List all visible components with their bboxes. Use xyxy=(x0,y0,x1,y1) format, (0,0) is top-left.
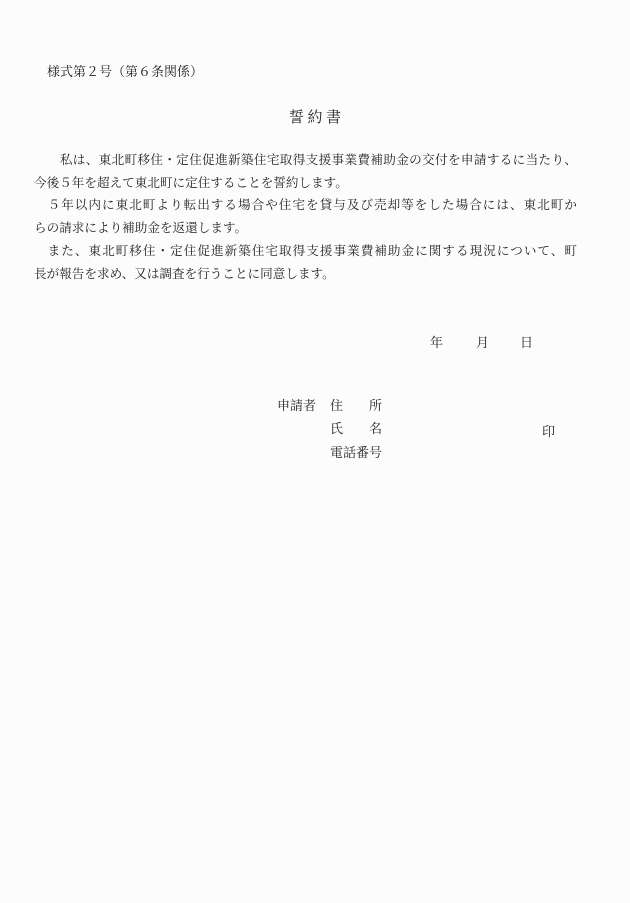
form-number-label: 様式第２号（第６条関係） xyxy=(47,61,203,80)
pledge-line: 私は、東北町移住・定住促進新築住宅取得支援事業費補助金の交付を申請するに当たり、 xyxy=(34,149,577,172)
applicant-address-label: 住 所 xyxy=(330,394,382,417)
pledge-line: 長が報告を求め、又は調査を行うことに同意します。 xyxy=(34,263,577,286)
applicant-name-label: 氏 名 xyxy=(330,417,382,440)
date-year-label: 年 xyxy=(430,332,443,351)
pledge-line: らの請求により補助金を返還します。 xyxy=(34,217,577,240)
pledge-body: 私は、東北町移住・定住促進新築住宅取得支援事業費補助金の交付を申請するに当たり、… xyxy=(34,149,577,285)
applicant-block: 申請者 住 所 氏 名 電話番号 xyxy=(277,394,382,464)
pledge-line: 今後５年を超えて東北町に定住することを誓約します。 xyxy=(34,172,577,195)
pledge-paragraph-1: 私は、東北町移住・定住促進新築住宅取得支援事業費補助金の交付を申請するに当たり、… xyxy=(34,149,577,194)
pledge-line: ５年以内に東北町より転出する場合や住宅を貸与及び売却等をした場合には、東北町か xyxy=(34,194,577,217)
pledge-paragraph-2: ５年以内に東北町より転出する場合や住宅を貸与及び売却等をした場合には、東北町か … xyxy=(34,194,577,239)
date-line: 年 月 日 xyxy=(0,332,630,350)
document-title: 誓約書 xyxy=(0,106,630,127)
applicant-phone-label: 電話番号 xyxy=(330,441,382,464)
applicant-label: 申請者 xyxy=(277,394,316,417)
seal-label: 印 xyxy=(542,421,555,440)
document-page: 様式第２号（第６条関係） 誓約書 私は、東北町移住・定住促進新築住宅取得支援事業… xyxy=(0,0,630,903)
date-day-label: 日 xyxy=(520,332,533,351)
date-month-label: 月 xyxy=(476,332,489,351)
pledge-paragraph-3: また、東北町移住・定住促進新築住宅取得支援事業費補助金に関する現況について、町 … xyxy=(34,240,577,285)
pledge-line: また、東北町移住・定住促進新築住宅取得支援事業費補助金に関する現況について、町 xyxy=(34,240,577,263)
applicant-fields: 住 所 氏 名 電話番号 xyxy=(330,394,382,464)
